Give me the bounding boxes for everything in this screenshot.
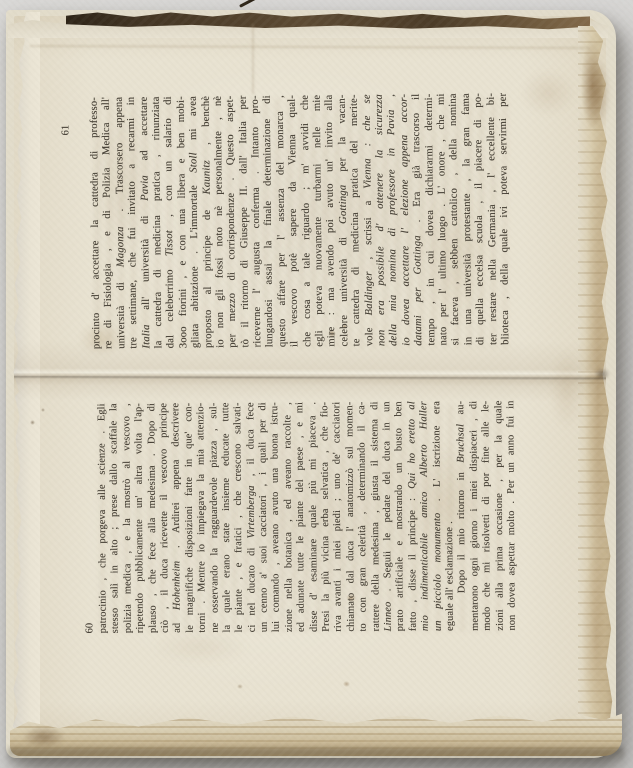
text-line: un picciolo monumento . L' iscrizione er… xyxy=(431,401,445,631)
text-line: to con gran celerità , determinando il c… xyxy=(356,402,370,632)
page-60-lines: patrocinio , che porgeva alle scienze . … xyxy=(96,401,520,634)
paper-crease xyxy=(252,24,254,94)
page-61-lines: procinto d' accettare la cattedra di pro… xyxy=(89,93,514,349)
top-right-corner-foxing xyxy=(584,56,610,130)
text-line: mio indimenticabile amico Alberto Haller xyxy=(418,401,432,631)
cast-shadow xyxy=(8,748,624,764)
text-line: Dopo il mio ritorno in Bruchsal au- xyxy=(456,401,470,631)
paper-stain xyxy=(150,630,250,664)
paper-stain xyxy=(343,681,350,687)
paper-stain xyxy=(550,350,584,430)
page-61-text-block: procinto d' accettare la cattedra di pro… xyxy=(89,93,514,349)
text-line: torni . Mentre io impiegava la mia atten… xyxy=(195,403,209,633)
paper-stain xyxy=(520,70,576,116)
paper-fiber xyxy=(239,0,267,8)
page-number-61: 61 xyxy=(58,116,74,142)
paper-stain xyxy=(30,420,35,425)
bottom-left-edge-darkening xyxy=(22,726,66,748)
book-photograph: 61 procinto d' accettare la cattedra di … xyxy=(0,0,633,768)
text-line: le piante , e fratici , che crescono sal… xyxy=(232,402,246,632)
text-line: blioteca , della quale ivi poteva servir… xyxy=(498,93,513,345)
paper-stain xyxy=(237,684,243,689)
text-line: ed adunate tutte le piante del paese , e… xyxy=(294,402,308,632)
text-line: ripetendo pubblicamente un' altra volta … xyxy=(133,403,147,633)
page-60-text-block: patrocinio , che porgeva alle scienze . … xyxy=(96,401,520,634)
text-line: modo che mi risolvetti di por fine alle … xyxy=(480,401,494,631)
paper-stain xyxy=(41,408,45,412)
gutter-crease-end-notch xyxy=(594,368,610,380)
page-number-60: 60 xyxy=(82,614,98,640)
text-line: non dovea aspettar molto . Per un anno f… xyxy=(505,401,519,631)
